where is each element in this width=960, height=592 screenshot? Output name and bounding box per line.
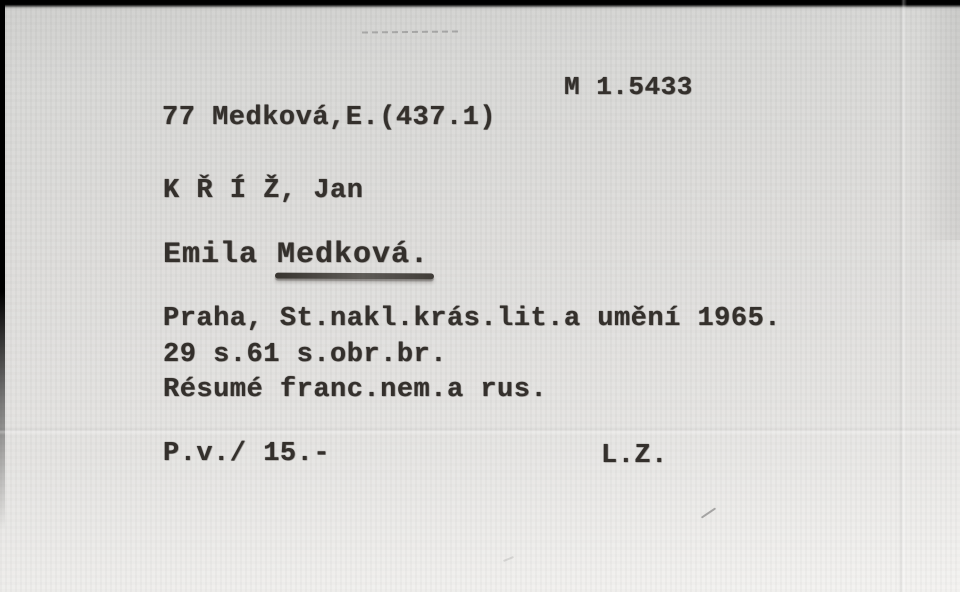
pencil-speck [503,556,514,562]
pencil-dash-mark [362,30,458,33]
catalog-card-scan: M 1.5433 77 Medková,E.(437.1) K Ř Í Ž, J… [0,0,960,592]
title-first-name: Emila [163,238,277,272]
call-number: M 1.5433 [564,72,693,102]
pencil-speck [701,507,716,518]
price-line: P.v./ 15.- [163,439,330,469]
collation-line: 29 s.61 s.obr.br. [163,340,447,370]
imprint-line: Praha, St.nakl.krás.lit.a umění 1965. [163,304,781,334]
title-line: Emila Medková. [163,238,429,272]
cataloguer-initials: L.Z. [601,441,668,471]
resume-note-line: Résumé franc.nem.a rus. [163,375,547,405]
horizontal-crease [0,426,960,435]
scan-edge-top [0,0,960,9]
vertical-crease [898,0,907,592]
title-surname-underlined: Medková. [277,238,429,272]
scan-edge-left [0,0,5,530]
author-heading: K Ř Í Ž, Jan [163,176,363,206]
classification-line: 77 Medková,E.(437.1) [162,103,496,133]
